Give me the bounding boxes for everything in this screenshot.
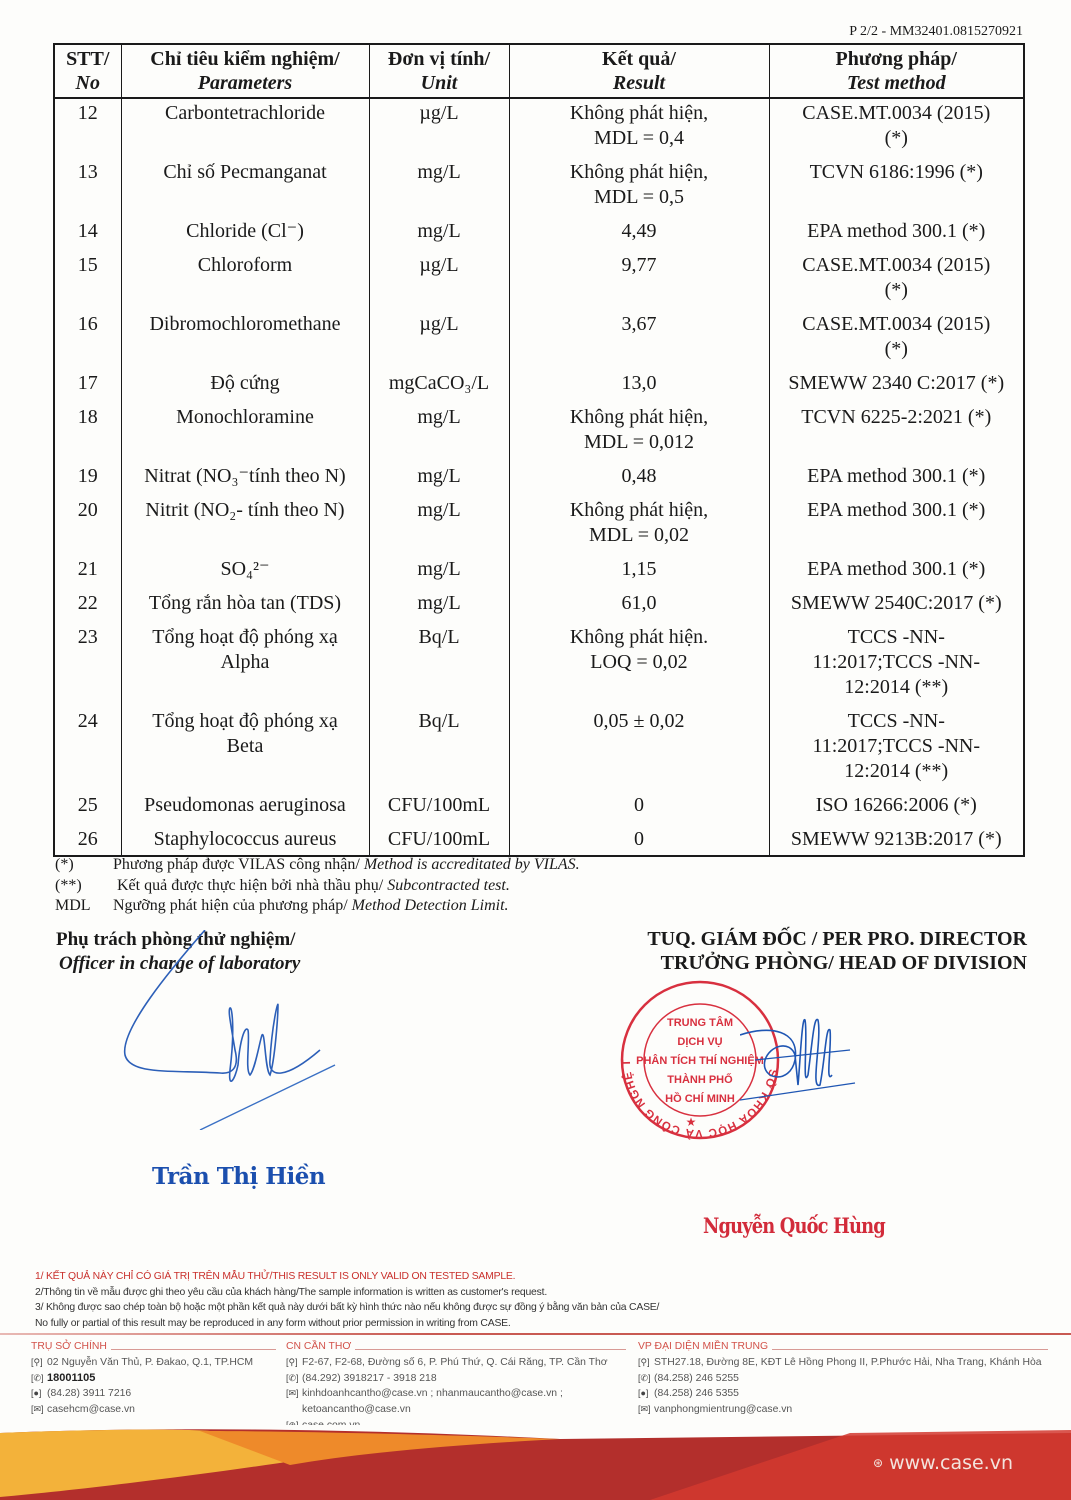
office-headquarters: TRỤ SỞ CHÍNH [⚲]02 Nguyễn Văn Thủ, P. Đa… — [31, 1339, 276, 1418]
cell-no: 13 — [54, 158, 121, 217]
table-row: 24Tổng hoạt độ phóng xạ BetaBq/L0,05 ± 0… — [54, 707, 1024, 791]
cell-no: 14 — [54, 217, 121, 251]
svg-text:TRUNG TÂM: TRUNG TÂM — [667, 1016, 733, 1029]
cell-method: EPA method 300.1 (*) — [769, 217, 1024, 251]
footer-divider — [0, 1333, 1071, 1335]
table-row: 26Staphylococcus aureusCFU/100mL0SMEWW 9… — [54, 825, 1024, 856]
globe-icon: ⊛ — [873, 1456, 883, 1470]
cell-unit: Bq/L — [369, 623, 509, 707]
cell-parameter: Tổng rắn hòa tan (TDS) — [121, 589, 369, 623]
cell-unit: mg/L — [369, 217, 509, 251]
cell-result: 61,0 — [509, 589, 769, 623]
cell-result: 3,67 — [509, 310, 769, 369]
cell-unit: mg/L — [369, 589, 509, 623]
website-link[interactable]: ⊛ www.case.vn — [873, 1452, 1013, 1474]
location-pin-icon: [⚲] — [31, 1355, 47, 1371]
cell-method: CASE.MT.0034 (2015) (*) — [769, 251, 1024, 310]
cell-result: 4,49 — [509, 217, 769, 251]
cell-unit: mg/L — [369, 555, 509, 589]
disclaimer: 1/ KẾT QUẢ NÀY CHỈ CÓ GIÁ TRỊ TRÊN MẪU T… — [35, 1269, 659, 1331]
cell-result: Không phát hiện, MDL = 0,02 — [509, 496, 769, 555]
cell-result: Không phát hiện, MDL = 0,012 — [509, 403, 769, 462]
footnotes: (*)Phương pháp được VILAS công nhận/ Met… — [55, 855, 580, 917]
fax-icon: [●] — [638, 1386, 654, 1402]
cell-parameter: Nitrit (NO₂- tính theo N) — [121, 496, 369, 555]
cell-result: 0 — [509, 791, 769, 825]
cell-method: EPA method 300.1 (*) — [769, 555, 1024, 589]
email-link[interactable]: kinhdoanhcantho@case.vn ; nhanmaucantho@… — [302, 1386, 563, 1402]
officer-name: Trần Thị Hiền — [152, 1163, 325, 1190]
cell-result: 0 — [509, 825, 769, 856]
email-icon: [✉] — [638, 1402, 654, 1418]
table-row: 20Nitrit (NO₂- tính theo N)mg/LKhông phá… — [54, 496, 1024, 555]
cell-parameter: Nitrat (NO₃⁻tính theo N) — [121, 462, 369, 496]
cell-method: SMEWW 2340 C:2017 (*) — [769, 369, 1024, 403]
cell-method: TCCS -NN- 11:2017;TCCS -NN- 12:2014 (**) — [769, 707, 1024, 791]
table-row: 16Dibromochloromethaneµg/L3,67CASE.MT.00… — [54, 310, 1024, 369]
cell-parameter: Pseudomonas aeruginosa — [121, 791, 369, 825]
cell-result: Không phát hiện. LOQ = 0,02 — [509, 623, 769, 707]
svg-text:HỒ CHÍ MINH: HỒ CHÍ MINH — [665, 1092, 735, 1105]
header-test-method: Phương pháp/Test method — [769, 44, 1024, 98]
cell-parameter: Tổng hoạt độ phóng xạ Alpha — [121, 623, 369, 707]
cell-unit: mgCaCO₃/L — [369, 369, 509, 403]
cell-unit: µg/L — [369, 98, 509, 158]
location-pin-icon: [⚲] — [286, 1355, 302, 1371]
cell-parameter: SO₄²⁻ — [121, 555, 369, 589]
cell-method: ISO 16266:2006 (*) — [769, 791, 1024, 825]
table-header-row: STT/No Chỉ tiêu kiểm nghiệm/Parameters Đ… — [54, 44, 1024, 98]
table-row: 13Chỉ số Pecmanganatmg/LKhông phát hiện,… — [54, 158, 1024, 217]
table-row: 21SO₄²⁻mg/L1,15EPA method 300.1 (*) — [54, 555, 1024, 589]
cell-unit: Bq/L — [369, 707, 509, 791]
cell-result: 0,05 ± 0,02 — [509, 707, 769, 791]
header-parameters: Chỉ tiêu kiểm nghiệm/Parameters — [121, 44, 369, 98]
table-row: 12Carbontetrachlorideµg/LKhông phát hiện… — [54, 98, 1024, 158]
header-result: Kết quả/Result — [509, 44, 769, 98]
cell-unit: µg/L — [369, 251, 509, 310]
svg-text:DỊCH VỤ: DỊCH VỤ — [677, 1036, 722, 1048]
cell-unit: µg/L — [369, 310, 509, 369]
cell-result: 9,77 — [509, 251, 769, 310]
email-link[interactable]: casehcm@case.vn — [47, 1402, 135, 1418]
cell-unit: mg/L — [369, 403, 509, 462]
header-unit: Đơn vị tính/Unit — [369, 44, 509, 98]
svg-text:THÀNH PHỐ: THÀNH PHỐ — [667, 1072, 733, 1086]
table-row: 18Monochloraminemg/LKhông phát hiện, MDL… — [54, 403, 1024, 462]
phone-icon: [✆] — [638, 1371, 654, 1387]
cell-unit: CFU/100mL — [369, 791, 509, 825]
cell-unit: CFU/100mL — [369, 825, 509, 856]
cell-no: 15 — [54, 251, 121, 310]
cell-no: 16 — [54, 310, 121, 369]
cell-parameter: Dibromochloromethane — [121, 310, 369, 369]
cell-no: 23 — [54, 623, 121, 707]
cell-method: SMEWW 9213B:2017 (*) — [769, 825, 1024, 856]
disclaimer-line-1: 1/ KẾT QUẢ NÀY CHỈ CÓ GIÁ TRỊ TRÊN MẪU T… — [35, 1269, 659, 1285]
fax-icon: [●] — [31, 1386, 47, 1402]
cell-result: Không phát hiện, MDL = 0,5 — [509, 158, 769, 217]
header-no: STT/No — [54, 44, 121, 98]
email-link[interactable]: vanphongmientrung@case.vn — [654, 1402, 792, 1418]
table-row: 19Nitrat (NO₃⁻tính theo N)mg/L0,48EPA me… — [54, 462, 1024, 496]
email-icon: [✉] — [31, 1402, 47, 1418]
page-reference: P 2/2 - MM32401.0815270921 — [849, 24, 1023, 40]
phone-icon: [✆] — [31, 1371, 47, 1387]
cell-method: SMEWW 2540C:2017 (*) — [769, 589, 1024, 623]
cell-method: CASE.MT.0034 (2015) (*) — [769, 98, 1024, 158]
cell-method: CASE.MT.0034 (2015) (*) — [769, 310, 1024, 369]
disclaimer-line-3: 3/ Không được sao chép toàn bộ hoặc một … — [35, 1300, 659, 1316]
director-signature-block: TUQ. GIÁM ĐỐC / PER PRO. DIRECTOR TRƯỞNG… — [612, 927, 1027, 975]
disclaimer-line-2: 2/Thông tin về mẫu được ghi theo yêu cầu… — [35, 1285, 659, 1301]
table-row: 22Tổng rắn hòa tan (TDS)mg/L61,0SMEWW 25… — [54, 589, 1024, 623]
results-table: STT/No Chỉ tiêu kiểm nghiệm/Parameters Đ… — [53, 43, 1025, 857]
cell-method: TCVN 6186:1996 (*) — [769, 158, 1024, 217]
table-row: 15Chloroformµg/L9,77CASE.MT.0034 (2015) … — [54, 251, 1024, 310]
phone-icon: [✆] — [286, 1371, 302, 1387]
cell-parameter: Carbontetrachloride — [121, 98, 369, 158]
cell-method: TCCS -NN- 11:2017;TCCS -NN- 12:2014 (**) — [769, 623, 1024, 707]
table-body: 12Carbontetrachlorideµg/LKhông phát hiện… — [54, 98, 1024, 856]
footnote-accredited: (*)Phương pháp được VILAS công nhận/ Met… — [55, 855, 580, 876]
cell-parameter: Staphylococcus aureus — [121, 825, 369, 856]
table-row: 25Pseudomonas aeruginosaCFU/100mL0ISO 16… — [54, 791, 1024, 825]
cell-parameter: Chloroform — [121, 251, 369, 310]
cell-parameter: Tổng hoạt độ phóng xạ Beta — [121, 707, 369, 791]
cell-result: 1,15 — [509, 555, 769, 589]
cell-no: 26 — [54, 825, 121, 856]
cell-no: 12 — [54, 98, 121, 158]
cell-no: 17 — [54, 369, 121, 403]
cell-parameter: Chloride (Cl⁻) — [121, 217, 369, 251]
director-signature-icon — [740, 1005, 860, 1115]
email-link[interactable]: ketoancantho@case.vn — [286, 1402, 626, 1418]
cell-no: 24 — [54, 707, 121, 791]
svg-text:★: ★ — [686, 1115, 697, 1129]
cell-parameter: Monochloramine — [121, 403, 369, 462]
cell-result: 13,0 — [509, 369, 769, 403]
office-central: VP ĐẠI DIỆN MIỀN TRUNG [⚲]STH27.18, Đườn… — [638, 1339, 1048, 1418]
disclaimer-line-4: No fully or partial of this result may b… — [35, 1316, 659, 1332]
table-row: 14Chloride (Cl⁻)mg/L4,49EPA method 300.1… — [54, 217, 1024, 251]
footnote-subcontracted: (**) Kết quả được thực hiện bởi nhà thầu… — [55, 876, 580, 897]
cell-method: EPA method 300.1 (*) — [769, 462, 1024, 496]
table-row: 17Độ cứngmgCaCO₃/L13,0SMEWW 2340 C:2017 … — [54, 369, 1024, 403]
cell-unit: mg/L — [369, 158, 509, 217]
cell-no: 21 — [54, 555, 121, 589]
director-name: Nguyễn Quốc Hùng — [703, 1213, 885, 1238]
cell-parameter: Độ cứng — [121, 369, 369, 403]
cell-unit: mg/L — [369, 496, 509, 555]
cell-method: TCVN 6225-2:2021 (*) — [769, 403, 1024, 462]
cell-no: 19 — [54, 462, 121, 496]
cell-no: 22 — [54, 589, 121, 623]
cell-unit: mg/L — [369, 462, 509, 496]
officer-signature-icon — [110, 930, 340, 1130]
location-pin-icon: [⚲] — [638, 1355, 654, 1371]
office-can-tho: CN CẦN THƠ [⚲]F2-67, F2-68, Đường số 6, … — [286, 1339, 626, 1434]
cell-no: 20 — [54, 496, 121, 555]
cell-result: 0,48 — [509, 462, 769, 496]
cell-parameter: Chỉ số Pecmanganat — [121, 158, 369, 217]
cell-result: Không phát hiện, MDL = 0,4 — [509, 98, 769, 158]
cell-no: 18 — [54, 403, 121, 462]
cell-no: 25 — [54, 791, 121, 825]
table-row: 23Tổng hoạt độ phóng xạ AlphaBq/LKhông p… — [54, 623, 1024, 707]
email-icon: [✉] — [286, 1386, 302, 1402]
cell-method: EPA method 300.1 (*) — [769, 496, 1024, 555]
footnote-mdl: MDLNgưỡng phát hiện của phương pháp/ Met… — [55, 896, 580, 917]
